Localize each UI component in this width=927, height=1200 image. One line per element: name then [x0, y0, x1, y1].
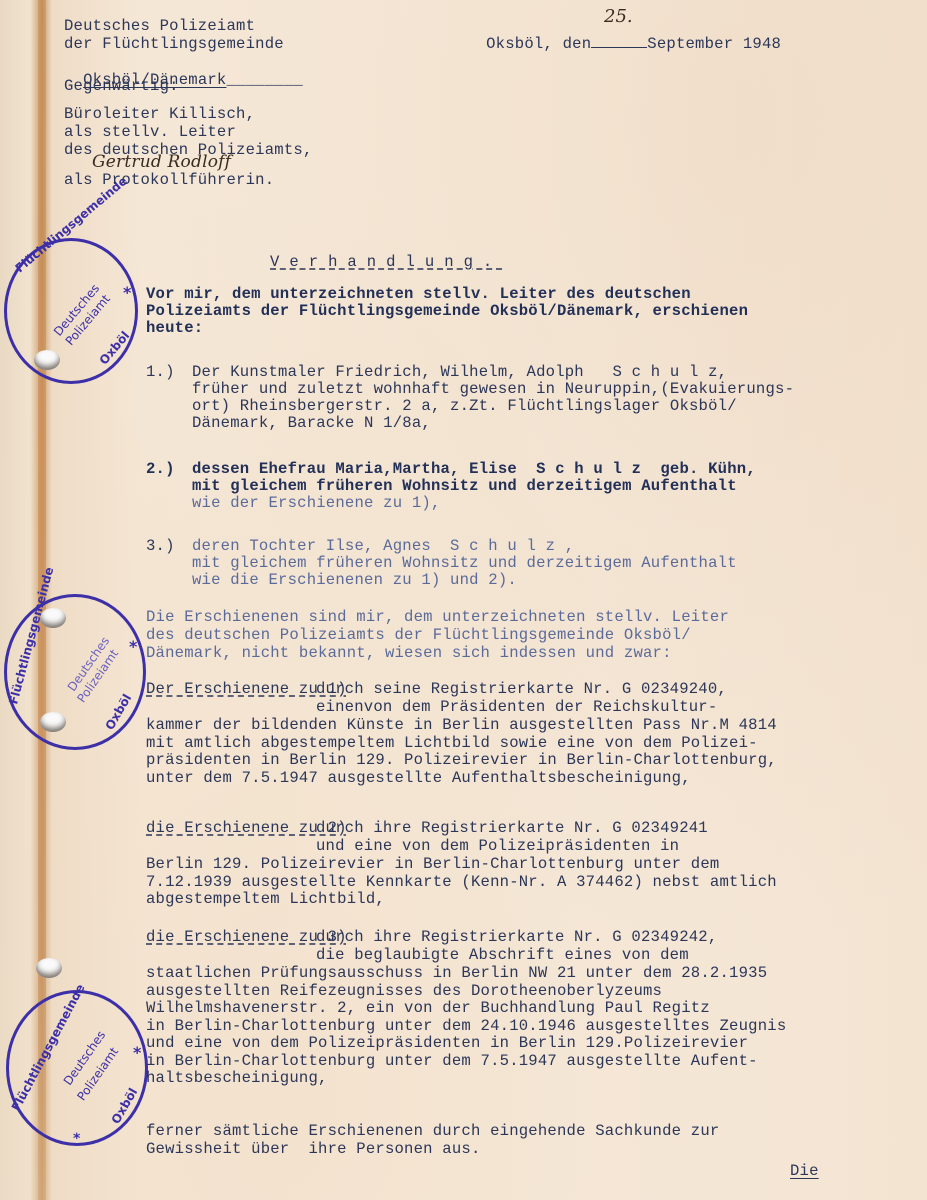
- closing-line: Gewissheit über ihre Personen aus.: [146, 1140, 481, 1158]
- identification-line: Wilhelmshavenerstr. 2, ein von der Buchh…: [146, 999, 710, 1017]
- letterhead-line: Deutsches Polizeiamt: [64, 17, 255, 35]
- stamp-bottom-text: Oxböl: [109, 1086, 141, 1127]
- identification-line: haltsbescheinigung,: [146, 1069, 328, 1087]
- stamp-star-icon: *: [123, 283, 131, 302]
- person-number: 1.): [146, 363, 175, 381]
- person-line: mit gleichem früheren Wohnsitz und derze…: [192, 554, 737, 572]
- identification-line: abgestempeltem Lichtbild,: [146, 890, 385, 908]
- identification-intro-line: Die Erschienenen sind mir, dem unterzeic…: [146, 608, 729, 626]
- identification-line: durch seine Registrierkarte Nr. G 023492…: [316, 680, 727, 698]
- person-line: früher und zuletzt wohnhaft gewesen in N…: [192, 380, 794, 398]
- person-line: Der Kunstmaler Friedrich, Wilhelm, Adolp…: [192, 363, 727, 381]
- identification-line: in Berlin-Charlottenburg unter dem 7.5.1…: [146, 1052, 758, 1070]
- identification-line: und eine von dem Polizeipräsidenten in: [316, 837, 679, 855]
- letterhead-fill: ________: [227, 71, 303, 89]
- person-line: wie die Erschienenen zu 1) und 2).: [192, 571, 517, 589]
- identification-line: die beglaubigte Abschrift eines von dem: [316, 946, 689, 964]
- stamp-outer-text: Flüchtlingsgemeinde: [6, 565, 56, 705]
- identification-line: kammer der bildenden Künste in Berlin au…: [146, 716, 777, 734]
- person-number: 2.): [146, 460, 175, 478]
- intro-line: heute:: [146, 319, 203, 337]
- handwritten-day: 25.: [604, 6, 633, 27]
- person-line: ort) Rheinsbergerstr. 2 a, z.Zt. Flüchtl…: [192, 397, 737, 415]
- closing-line: ferner sämtliche Erschienenen durch eing…: [146, 1122, 719, 1140]
- present-line: Büroleiter Killisch,: [64, 105, 255, 123]
- present-role: als Protokollführerin.: [64, 171, 274, 189]
- person-line: deren Tochter Ilse, Agnes S c h u l z ,: [192, 537, 574, 555]
- person-line: wie der Erschienene zu 1),: [192, 494, 441, 512]
- person-line: mit gleichem früheren Wohnsitz und derze…: [192, 477, 737, 495]
- intro-line: Polizeiamts der Flüchtlingsgemeinde Oksb…: [146, 302, 748, 320]
- identification-line: und eine von dem Polizeipräsidenten in B…: [146, 1034, 748, 1052]
- present-label: Gegenwärtig:: [64, 77, 179, 95]
- stamp-star-icon: *: [133, 1043, 141, 1062]
- handwritten-signature: Gertrud Rodloff: [92, 153, 231, 171]
- stamp-bottom-text: Oxböl: [103, 692, 135, 733]
- identification-line: einenvon dem Präsidenten der Reichskultu…: [316, 698, 717, 716]
- catchword: Die: [790, 1162, 819, 1180]
- identification-line: unter dem 7.5.1947 ausgestellte Aufentha…: [146, 769, 691, 787]
- person-number: 3.): [146, 537, 175, 555]
- identification-line: mit amtlich abgestempeltem Lichtbild sow…: [146, 734, 758, 752]
- identification-line: in Berlin-Charlottenburg unter dem 24.10…: [146, 1017, 786, 1035]
- identification-line: durch ihre Registrierkarte Nr. G 0234924…: [316, 928, 717, 946]
- intro-line: Vor mir, dem unterzeichneten stellv. Lei…: [146, 285, 691, 303]
- identification-line: ausgestellten Reifezeugnisses des Doroth…: [146, 982, 662, 1000]
- official-stamp: Flüchtlingsgemeinde Deutsches Polizeiamt…: [4, 594, 146, 750]
- official-stamp: Flüchtlingsgemeinde Deutsches Polizeiamt…: [6, 990, 148, 1146]
- official-stamp: Flüchtlingsgemeinde Deutsches Polizeiamt…: [4, 238, 138, 384]
- identification-line: staatlichen Prüfungsausschuss in Berlin …: [146, 964, 767, 982]
- person-line: Dänemark, Baracke N 1/8a,: [192, 414, 431, 432]
- stamp-star-icon: *: [129, 637, 137, 656]
- person-line: dessen Ehefrau Maria,Martha, Elise S c h…: [192, 460, 756, 478]
- dateline-month-year: September 1948: [647, 35, 781, 53]
- identification-line: präsidenten in Berlin 129. Polizeirevier…: [146, 751, 777, 769]
- identification-intro-line: Dänemark, nicht bekannt, wiesen sich ind…: [146, 644, 672, 662]
- document-heading: Verhandlung.: [270, 253, 502, 271]
- identification-line: durch ihre Registrierkarte Nr. G 0234924…: [316, 819, 708, 837]
- identification-line: 7.12.1939 ausgestellte Kennkarte (Kenn-N…: [146, 873, 777, 891]
- identification-line: Berlin 129. Polizeirevier in Berlin-Char…: [146, 855, 719, 873]
- identification-intro-line: des deutschen Polizeiamts der Flüchtling…: [146, 626, 691, 644]
- letterhead-line: der Flüchtlingsgemeinde: [64, 35, 284, 53]
- punch-hole: [36, 958, 62, 978]
- stamp-bottom-text: Oxböl: [97, 329, 133, 368]
- present-line: als stellv. Leiter: [64, 123, 236, 141]
- dateline-place: Oksböl, den: [486, 35, 591, 53]
- stamp-star-icon: *: [73, 1131, 80, 1147]
